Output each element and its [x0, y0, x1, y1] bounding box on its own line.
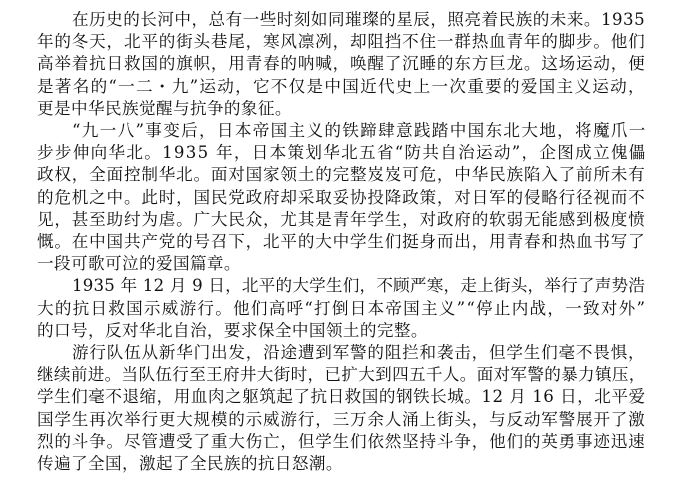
paragraph-background: “九一八”事变后，日本帝国主义的铁蹄肆意践踏中国东北大地，将魔爪一 步步伸向华北… [37, 120, 645, 275]
paragraph-december-9: 1935 年 12 月 9 日，北平的大学生们，不顾严寒，走上街头，举行了声势浩… [37, 275, 645, 342]
text-line: 大的抗日救国示威游行。他们高呼“打倒日本帝国主义”“停止内战，一致对外” [37, 298, 645, 320]
text-line: 慨。在中国共产党的号召下，北平的大中学生们挺身而出，用青春和热血书写了 [37, 231, 645, 253]
text-line: 政权，全面控制华北。面对国家领土的完整岌岌可危，中华民族陷入了前所未有 [37, 164, 645, 186]
text-line: “九一八”事变后，日本帝国主义的铁蹄肆意践踏中国东北大地，将魔爪一 [37, 120, 645, 142]
text-line: 传遍了全国，激起了全民族的抗日怒潮。 [37, 453, 645, 475]
text-line: 的危机之中。此时，国民党政府却采取妥协投降政策，对日军的侵略行径视而不 [37, 187, 645, 209]
text-line: 游行队伍从新华门出发，沿途遭到军警的阻拦和袭击，但学生们毫不畏惧， [37, 342, 645, 364]
text-line: 在历史的长河中，总有一些时刻如同璀璨的星辰，照亮着民族的未来。1935 [37, 9, 645, 31]
text-line: 更是中华民族觉醒与抗争的象征。 [37, 98, 645, 120]
text-line: 年的冬天，北平的街头巷尾，寒风凛冽，却阻挡不住一群热血青年的脚步。他们 [37, 31, 645, 53]
text-line: 见，甚至助纣为虐。广大民众，尤其是青年学生，对政府的软弱无能感到极度愤 [37, 209, 645, 231]
paragraph-intro: 在历史的长河中，总有一些时刻如同璀璨的星辰，照亮着民族的未来。1935 年的冬天… [37, 9, 645, 120]
document-page: 在历史的长河中，总有一些时刻如同璀璨的星辰，照亮着民族的未来。1935 年的冬天… [37, 9, 645, 475]
paragraph-march: 游行队伍从新华门出发，沿途遭到军警的阻拦和袭击，但学生们毫不畏惧， 继续前进。当… [37, 342, 645, 475]
text-line: 1935 年 12 月 9 日，北平的大学生们，不顾严寒，走上街头，举行了声势浩 [37, 275, 645, 297]
text-line: 高举着抗日救国的旗帜，用青春的呐喊，唤醒了沉睡的东方巨龙。这场运动，便 [37, 53, 645, 75]
text-line: 一段可歌可泣的爱国篇章。 [37, 253, 645, 275]
text-line: 烈的斗争。尽管遭受了重大伤亡，但学生们依然坚持斗争，他们的英勇事迹迅速 [37, 431, 645, 453]
text-line: 国学生再次举行更大规模的示威游行，三万余人涌上街头，与反动军警展开了激 [37, 409, 645, 431]
text-line: 步步伸向华北。1935 年，日本策划华北五省“防共自治运动”，企图成立傀儡 [37, 142, 645, 164]
text-line: 继续前进。当队伍行至王府井大街时，已扩大到四五千人。面对军警的暴力镇压， [37, 364, 645, 386]
text-line: 学生们毫不退缩，用血肉之躯筑起了抗日救国的钢铁长城。12 月 16 日，北平爱 [37, 386, 645, 408]
text-line: 的口号，反对华北自治，要求保全中国领土的完整。 [37, 320, 645, 342]
text-line: 是著名的“一二・九”运动，它不仅是中国近代史上一次重要的爱国主义运动， [37, 76, 645, 98]
